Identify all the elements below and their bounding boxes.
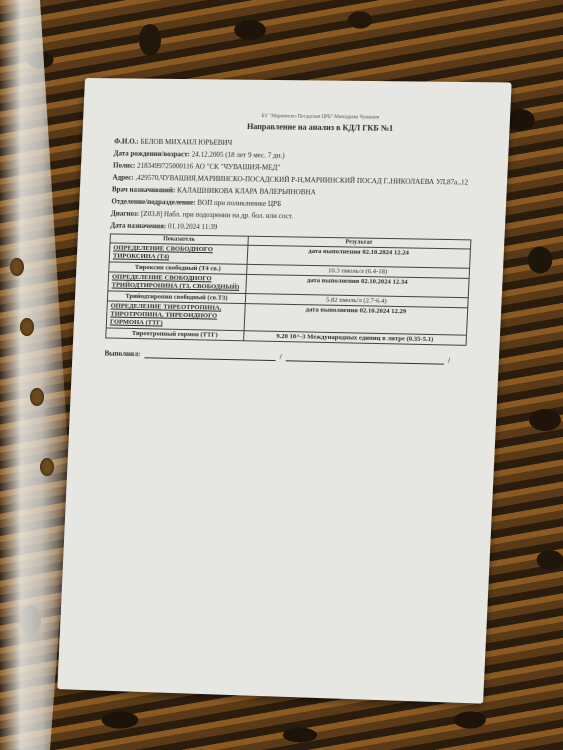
field-label: Врач назначивший:	[112, 185, 176, 194]
field-value: 2183499725000116 АО "СК "ЧУВАШИЯ-МЕД"	[137, 162, 280, 172]
parameter-name: Тиреотропный гормон (ТТГ)	[106, 328, 244, 341]
patient-field: Полис: 2183499725000116 АО "СК "ЧУВАШИЯ-…	[113, 161, 485, 174]
field-label: Адрес:	[112, 173, 134, 181]
signature-blank	[144, 349, 276, 361]
patient-field: Адрес: ,429570,ЧУВАШИЯ,МАРИИНСКО-ПОСАДСК…	[112, 173, 484, 186]
field-value: 01.10.2024 11:39	[168, 222, 218, 231]
field-label: Отделение/подразделение:	[111, 197, 195, 206]
signature-name-blank	[286, 352, 445, 364]
test-name: ОПРЕДЕЛЕНИЕ СВОБОДНОГО ТИРОКСИНА (T4)	[109, 243, 248, 264]
punch-hole	[40, 458, 54, 476]
patient-field: Дата рождения/возраст: 24.12.2005 (18 ле…	[113, 149, 485, 162]
punch-hole	[30, 388, 44, 406]
field-value: КАЛАШНИКОВА КЛАРА ВАЛЕРЬЯНОВНА	[177, 186, 316, 196]
punch-hole	[20, 318, 34, 336]
patient-field: Ф.И.О.: БЕЛОВ МИХАИЛ ЮРЬЕВИЧ	[114, 137, 486, 150]
signature-row: Выполнил: / /	[104, 348, 476, 365]
document-title: Направление на анализ в КДЛ ГКБ №1	[155, 121, 487, 134]
field-label: Ф.И.О.:	[114, 137, 139, 145]
test-name: ОПРЕДЕЛЕНИЕ ТИРЕОТРОПИНА, ТИРОТРОПИНА, Т…	[106, 301, 245, 331]
field-value: 24.12.2005 (18 лет 9 мес. 7 дн.)	[192, 150, 285, 159]
field-label: Диагноз:	[111, 209, 140, 217]
field-value: ,429570,ЧУВАШИЯ,МАРИИНСКО-ПОСАДСКИЙ Р-Н,…	[135, 174, 468, 187]
field-label: Дата рождения/возраст:	[113, 149, 190, 158]
field-label: Дата назначения:	[110, 221, 166, 230]
signature-label: Выполнил:	[104, 349, 140, 358]
field-value: БЕЛОВ МИХАИЛ ЮРЬЕВИЧ	[140, 138, 232, 147]
test-name: ОПРЕДЕЛЕНИЕ СВОБОДНОГО ТРИЙОДТИРОНИНА (Т…	[108, 272, 247, 294]
patient-field: Отделение/подразделение: ВОП при поликли…	[111, 197, 483, 211]
patient-info: Ф.И.О.: БЕЛОВ МИХАИЛ ЮРЬЕВИЧДата рождени…	[110, 137, 486, 235]
results-table: Показатель Результат ОПРЕДЕЛЕНИЕ СВОБОДН…	[105, 233, 471, 345]
field-value: ВОП при поликлинике ЦРБ	[197, 199, 281, 208]
field-label: Полис:	[113, 161, 136, 169]
patient-field: Врач назначивший: КАЛАШНИКОВА КЛАРА ВАЛЕ…	[112, 185, 484, 199]
field-value: [Z03.8] Набл. при подозрении на др. бол.…	[141, 210, 294, 220]
lab-referral-sheet: БУ "Мариинско-Посадская ЦРБ" Минздрава Ч…	[57, 78, 511, 704]
punch-hole	[10, 258, 24, 276]
patient-field: Диагноз: [Z03.8] Набл. при подозрении на…	[111, 209, 483, 223]
